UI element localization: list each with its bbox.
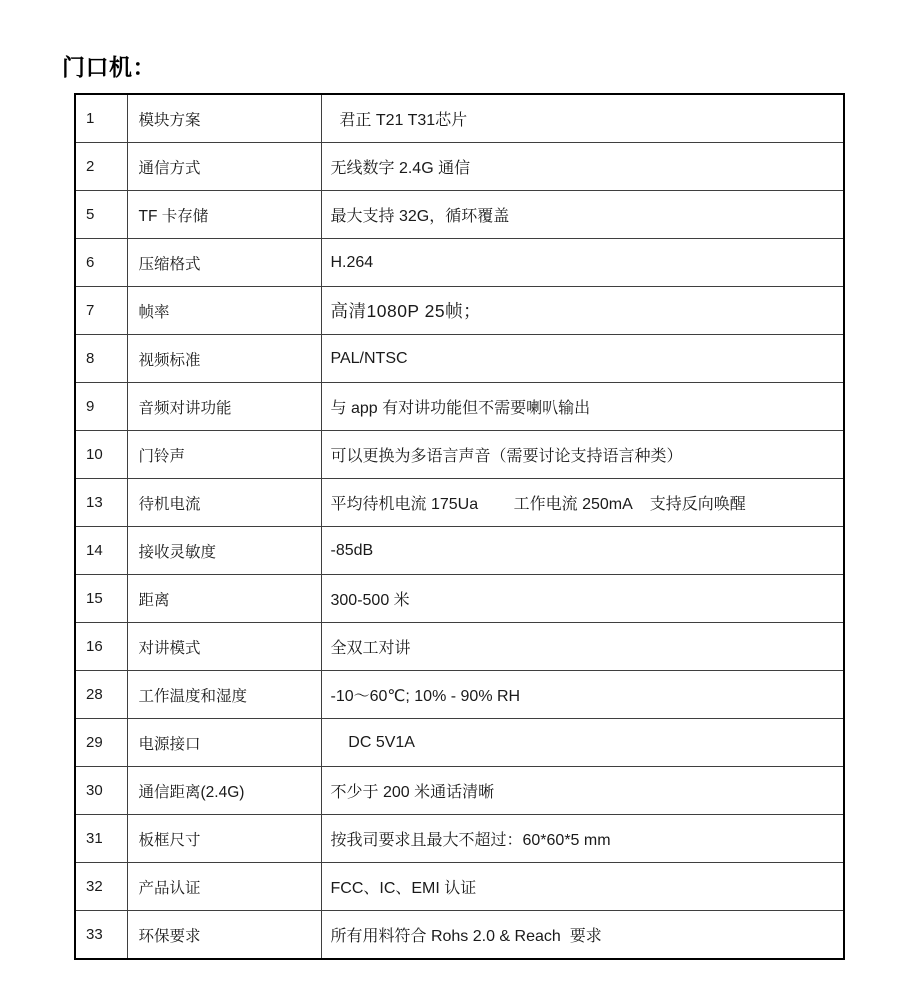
param-name: 视频标准: [127, 335, 321, 383]
row-number: 10: [75, 431, 127, 479]
row-number: 2: [75, 143, 127, 191]
row-number: 30: [75, 767, 127, 815]
table-row: 9 音频对讲功能 与 app 有对讲功能但不需要喇叭输出: [75, 383, 844, 431]
document-page: 门口机： 1 模块方案 君正 T21 T31芯片 2 通信方式 无线数字 2.4…: [0, 0, 900, 990]
table-row: 32 产品认证 FCC、IC、EMI 认证: [75, 863, 844, 911]
param-name: 产品认证: [127, 863, 321, 911]
row-number: 33: [75, 911, 127, 960]
table-row: 5 TF 卡存储 最大支持 32G，循环覆盖: [75, 191, 844, 239]
param-value: 最大支持 32G，循环覆盖: [321, 191, 844, 239]
row-number: 1: [75, 94, 127, 143]
param-name: 门铃声: [127, 431, 321, 479]
param-name: 压缩格式: [127, 239, 321, 287]
spec-table: 1 模块方案 君正 T21 T31芯片 2 通信方式 无线数字 2.4G 通信 …: [74, 93, 845, 960]
param-value: 所有用料符合 Rohs 2.0 & Reach 要求: [321, 911, 844, 960]
table-row: 1 模块方案 君正 T21 T31芯片: [75, 94, 844, 143]
param-value: 君正 T21 T31芯片: [321, 94, 844, 143]
row-number: 29: [75, 719, 127, 767]
row-number: 16: [75, 623, 127, 671]
param-value: 平均待机电流 175Ua 工作电流 250mA 支持反向唤醒: [321, 479, 844, 527]
row-number: 14: [75, 527, 127, 575]
param-value: -85dB: [321, 527, 844, 575]
table-row: 10 门铃声 可以更换为多语言声音（需要讨论支持语言种类）: [75, 431, 844, 479]
row-number: 5: [75, 191, 127, 239]
param-value: 高清1080P 25帧；: [321, 287, 844, 335]
table-row: 16 对讲模式 全双工对讲: [75, 623, 844, 671]
param-value: 300-500 米: [321, 575, 844, 623]
param-name: 板框尺寸: [127, 815, 321, 863]
param-name: 帧率: [127, 287, 321, 335]
table-row: 14 接收灵敏度 -85dB: [75, 527, 844, 575]
param-name: 模块方案: [127, 94, 321, 143]
param-value: DC 5V1A: [321, 719, 844, 767]
param-name: 通信距离(2.4G): [127, 767, 321, 815]
row-number: 13: [75, 479, 127, 527]
row-number: 8: [75, 335, 127, 383]
param-name: 对讲模式: [127, 623, 321, 671]
row-number: 31: [75, 815, 127, 863]
table-row: 2 通信方式 无线数字 2.4G 通信: [75, 143, 844, 191]
row-number: 28: [75, 671, 127, 719]
table-row: 7 帧率 高清1080P 25帧；: [75, 287, 844, 335]
param-value: -10～60℃; 10% - 90% RH: [321, 671, 844, 719]
table-row: 13 待机电流 平均待机电流 175Ua 工作电流 250mA 支持反向唤醒: [75, 479, 844, 527]
table-row: 8 视频标准 PAL/NTSC: [75, 335, 844, 383]
row-number: 15: [75, 575, 127, 623]
table-row: 29 电源接口 DC 5V1A: [75, 719, 844, 767]
row-number: 9: [75, 383, 127, 431]
table-row: 6 压缩格式 H.264: [75, 239, 844, 287]
param-name: 音频对讲功能: [127, 383, 321, 431]
table-row: 15 距离 300-500 米: [75, 575, 844, 623]
param-value: 可以更换为多语言声音（需要讨论支持语言种类）: [321, 431, 844, 479]
param-value: PAL/NTSC: [321, 335, 844, 383]
param-name: 工作温度和湿度: [127, 671, 321, 719]
row-number: 7: [75, 287, 127, 335]
param-name: 接收灵敏度: [127, 527, 321, 575]
param-value: H.264: [321, 239, 844, 287]
param-value: 全双工对讲: [321, 623, 844, 671]
param-value: 与 app 有对讲功能但不需要喇叭输出: [321, 383, 844, 431]
row-number: 32: [75, 863, 127, 911]
page-title: 门口机：: [62, 54, 156, 81]
table-row: 30 通信距离(2.4G) 不少于 200 米通话清晰: [75, 767, 844, 815]
param-name: 距离: [127, 575, 321, 623]
param-value: 无线数字 2.4G 通信: [321, 143, 844, 191]
param-name: TF 卡存储: [127, 191, 321, 239]
table-row: 33 环保要求 所有用料符合 Rohs 2.0 & Reach 要求: [75, 911, 844, 960]
row-number: 6: [75, 239, 127, 287]
param-value: 不少于 200 米通话清晰: [321, 767, 844, 815]
param-name: 通信方式: [127, 143, 321, 191]
param-name: 环保要求: [127, 911, 321, 960]
param-name: 待机电流: [127, 479, 321, 527]
table-row: 28 工作温度和湿度 -10～60℃; 10% - 90% RH: [75, 671, 844, 719]
spec-table-body: 1 模块方案 君正 T21 T31芯片 2 通信方式 无线数字 2.4G 通信 …: [75, 94, 844, 959]
param-name: 电源接口: [127, 719, 321, 767]
param-value: FCC、IC、EMI 认证: [321, 863, 844, 911]
table-row: 31 板框尺寸 按我司要求且最大不超过：60*60*5 mm: [75, 815, 844, 863]
param-value: 按我司要求且最大不超过：60*60*5 mm: [321, 815, 844, 863]
